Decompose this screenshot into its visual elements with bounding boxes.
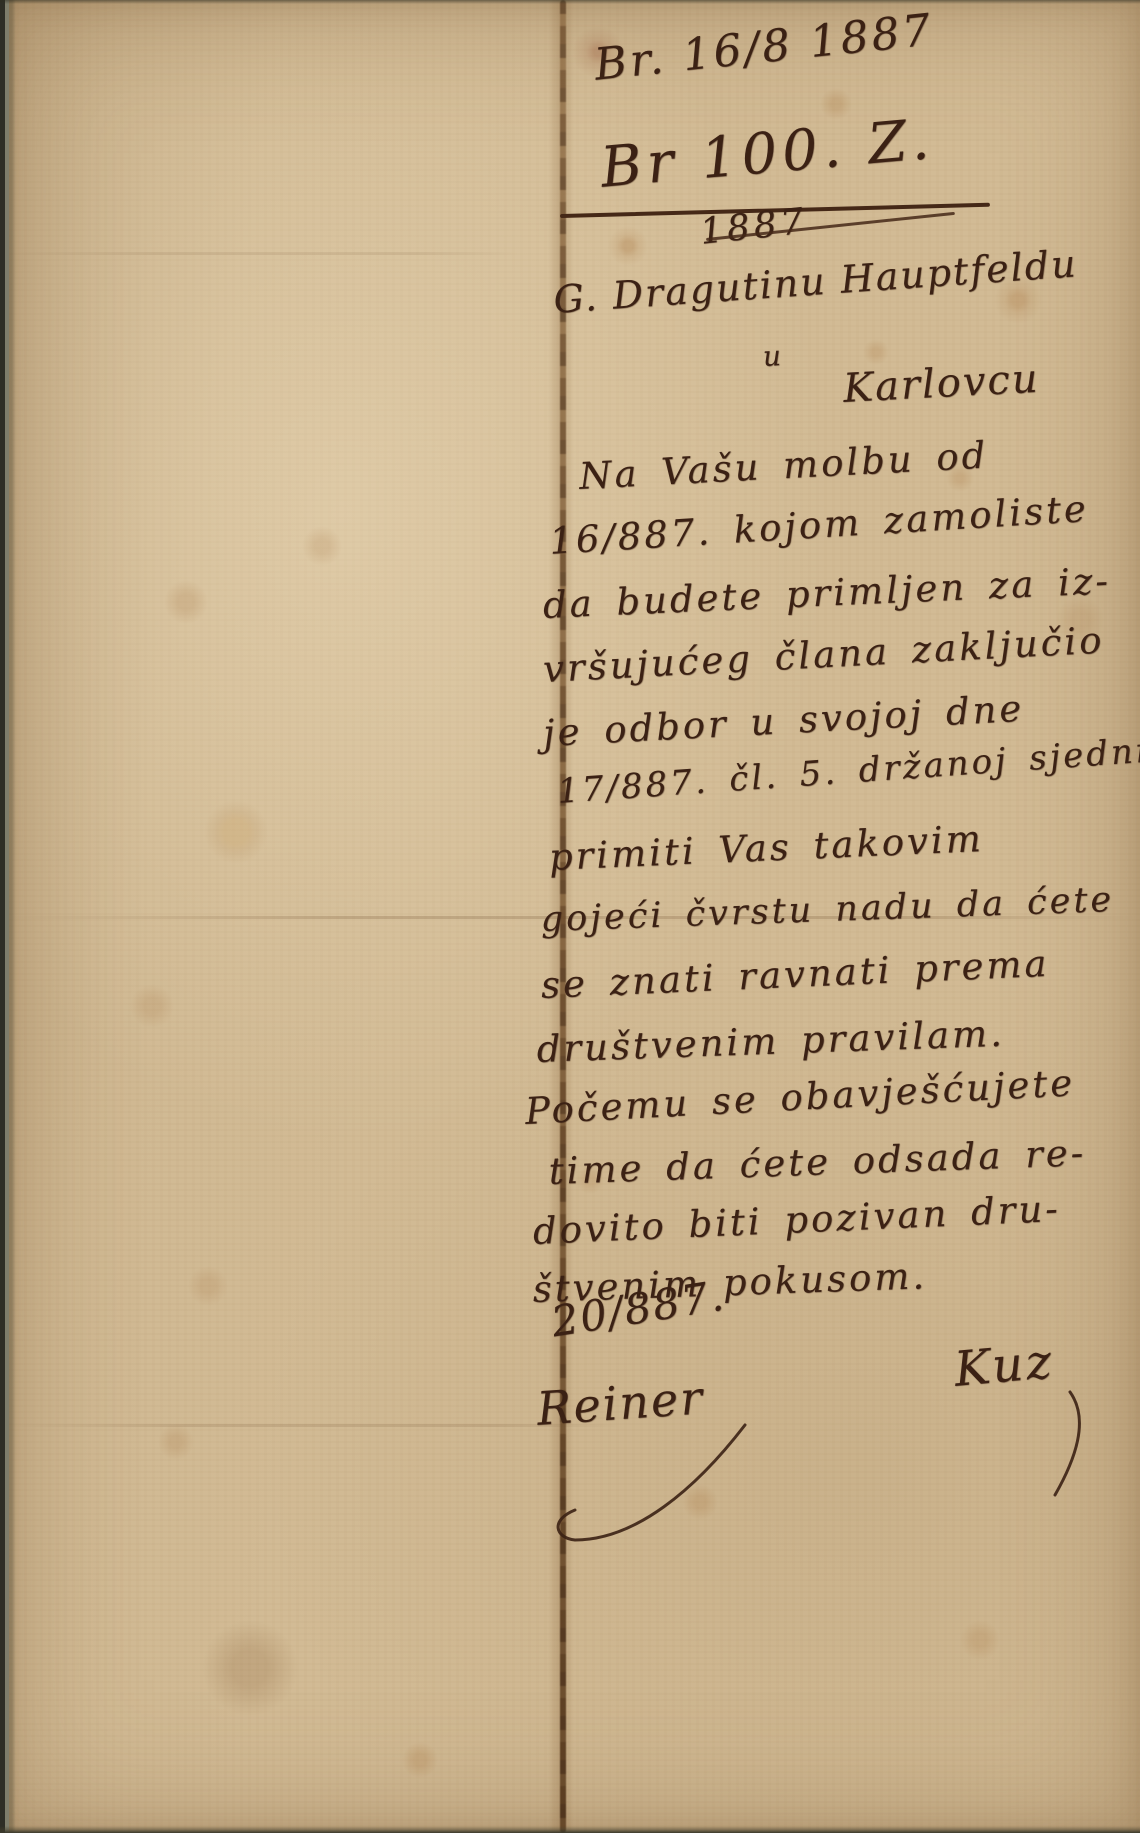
- letter-line-9: se znati ravnati prema: [540, 942, 1050, 1007]
- scan-edge-top: [0, 0, 1140, 4]
- scan-edge-left: [0, 0, 16, 1833]
- letter-line-8: gojeći čvrstu nadu da ćete: [540, 880, 1115, 940]
- letter-line-7: primiti Vas takovim: [548, 817, 985, 879]
- letter-line-1: Na Vašu molbu od: [578, 434, 989, 498]
- recipient-preposition: u: [762, 339, 782, 373]
- recipient-name-line: G. Dragutinu Hauptfeldu: [552, 241, 1079, 322]
- letter-line-11: Počemu se obavješćujete: [524, 1061, 1076, 1133]
- recipient-city: Karlovcu: [842, 356, 1041, 412]
- horizontal-crease-upper: [0, 252, 520, 255]
- horizontal-crease-lower: [0, 1424, 620, 1427]
- signature-kuz-flourish: [1035, 1390, 1095, 1500]
- header-number-line: Br 100. Z.: [598, 107, 936, 201]
- signature-reiner-flourish: [545, 1420, 755, 1550]
- header-received-note: Br. 16/8 1887: [592, 4, 936, 90]
- letter-line-12: time da ćete odsada re-: [548, 1131, 1087, 1193]
- letter-line-2: 16/887. kojom zamoliste: [548, 487, 1090, 563]
- letter-line-3: da budete primljen za iz-: [542, 559, 1112, 627]
- scan-edge-bottom: [0, 1826, 1140, 1833]
- letter-page: Br. 16/8 1887 Br 100. Z. 1887 G. Draguti…: [0, 0, 1140, 1833]
- letter-line-13: dovito biti pozivan dru-: [532, 1187, 1062, 1253]
- letter-line-4: vršujućeg člana zaključio: [542, 619, 1105, 691]
- header-year: 1887: [698, 201, 809, 253]
- letter-line-10: društvenim pravilam.: [536, 1012, 1005, 1071]
- signature-kuz: Kuz: [952, 1333, 1057, 1398]
